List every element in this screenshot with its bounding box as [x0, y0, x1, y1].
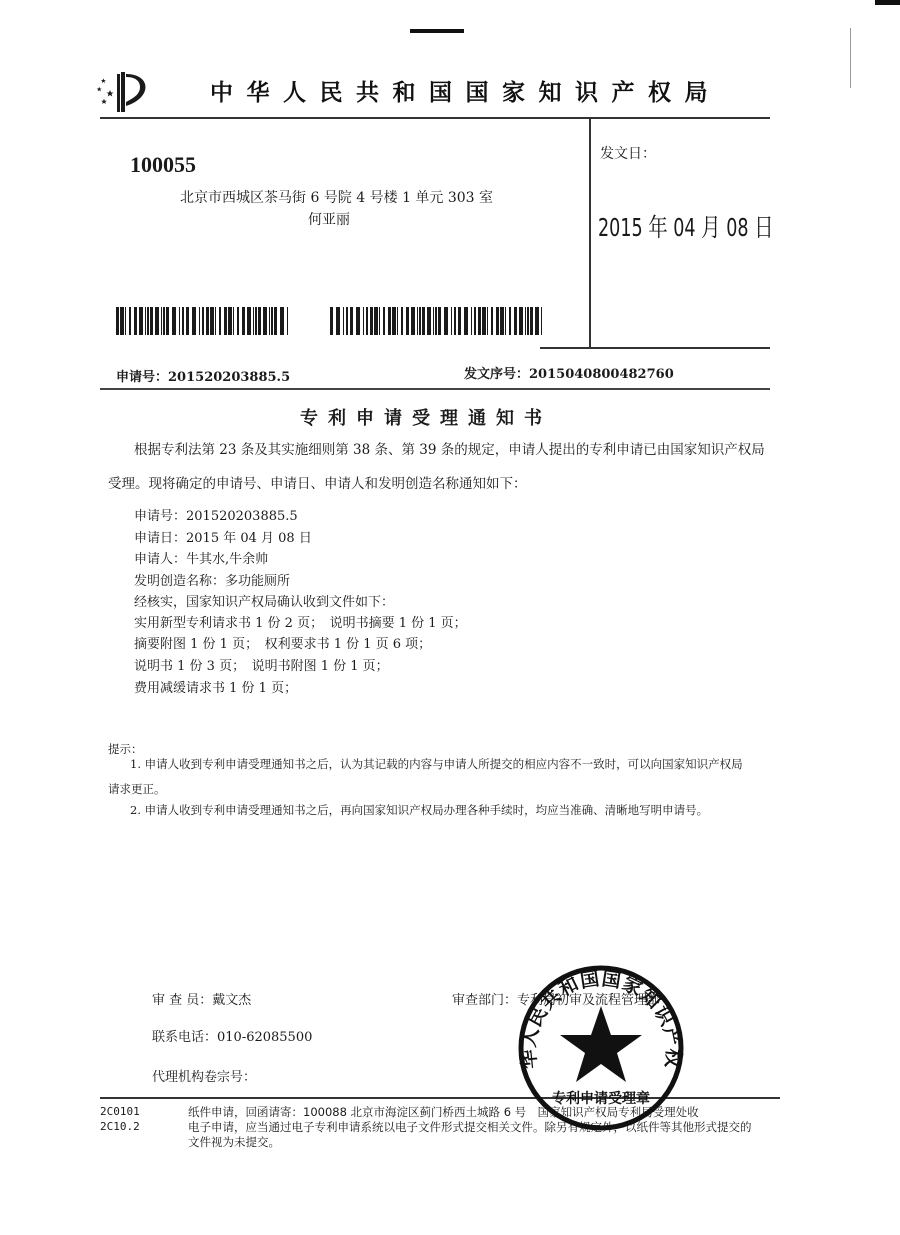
tip-1-line-2: 请求更正。	[108, 781, 166, 797]
tip-2: 2. 申请人收到专利申请受理通知书之后，再向国家知识产权局办理各种手续时，均应当…	[130, 802, 708, 818]
body-paragraph-line-2: 受理。现将确定的申请号、申请日、申请人和发明创造名称通知如下：	[108, 478, 527, 492]
footer-code-2: 2C10.2	[100, 1120, 140, 1133]
tip-1-line-1: 1. 申请人收到专利申请受理通知书之后，认为其记载的内容与申请人所提交的相应内容…	[130, 756, 743, 772]
sequence-number-row: 发文序号：2015040800482760	[464, 363, 674, 382]
agency-file-number: 代理机构卷宗号：	[152, 1066, 256, 1085]
detail-applicants: 申请人：牛其水,牛余帅	[134, 548, 268, 567]
barcode-2	[330, 307, 547, 335]
document-title: 专利申请受理通知书	[300, 404, 552, 430]
detail-invention-name: 发明创造名称：多功能厕所	[134, 570, 290, 589]
detail-files-line: 说明书 1 份 3 页； 说明书附图 1 份 1 页；	[134, 655, 389, 674]
detail-application-number: 申请号：201520203885.5	[134, 505, 298, 524]
footer-line-3: 文件视为未提交。	[188, 1134, 280, 1150]
mailing-address: 北京市西城区茶马街 6 号院 4 号楼 1 单元 303 室	[180, 187, 493, 207]
examiner: 审 查 员：戴文杰	[152, 989, 251, 1008]
tips-label: 提示：	[108, 741, 143, 757]
barcode-1	[116, 307, 294, 335]
application-number-value: 201520203885.5	[168, 370, 290, 385]
cnipa-logo-icon	[88, 70, 154, 114]
divider-header	[100, 117, 770, 119]
send-date-value: 2015 年 04 月 08 日	[598, 208, 774, 244]
scan-mark-line	[850, 28, 851, 88]
detail-filing-date: 申请日：2015 年 04 月 08 日	[134, 527, 312, 546]
official-seal: 中华人民共和国国家知识产权局 专利申请受理章	[516, 963, 686, 1133]
contact-phone: 联系电话：010-62085500	[152, 1026, 312, 1045]
detail-files-line: 费用减缓请求书 1 份 1 页；	[134, 677, 297, 696]
sequence-number-label: 发文序号：	[464, 367, 529, 382]
divider-numbers	[100, 388, 770, 390]
body-paragraph-line-1: 根据专利法第 23 条及其实施细则第 38 条、第 39 条的规定，申请人提出的…	[134, 444, 765, 458]
detail-files-line: 实用新型专利请求书 1 份 2 页； 说明书摘要 1 份 1 页；	[134, 612, 467, 631]
divider-vertical	[589, 118, 591, 348]
sequence-number-value: 2015040800482760	[529, 367, 674, 382]
detail-verification: 经核实，国家知识产权局确认收到文件如下：	[134, 591, 394, 610]
application-number-row: 申请号：201520203885.5	[116, 366, 290, 385]
detail-files-line: 摘要附图 1 份 1 页； 权利要求书 1 份 1 页 6 项；	[134, 633, 431, 652]
send-date-label: 发文日：	[600, 143, 656, 163]
application-number-label: 申请号：	[116, 370, 168, 385]
scan-mark-corner	[875, 0, 900, 5]
seal-bottom-text: 专利申请受理章	[552, 1090, 650, 1107]
divider-date-box	[540, 347, 770, 349]
recipient-name: 何亚丽	[308, 209, 350, 229]
postcode: 100055	[130, 152, 196, 178]
scan-mark-top	[410, 29, 464, 33]
footer-code-1: 2C0101	[100, 1105, 140, 1118]
organization-title: 中华人民共和国国家知识产权局	[210, 74, 721, 107]
star-icon	[560, 1006, 642, 1082]
